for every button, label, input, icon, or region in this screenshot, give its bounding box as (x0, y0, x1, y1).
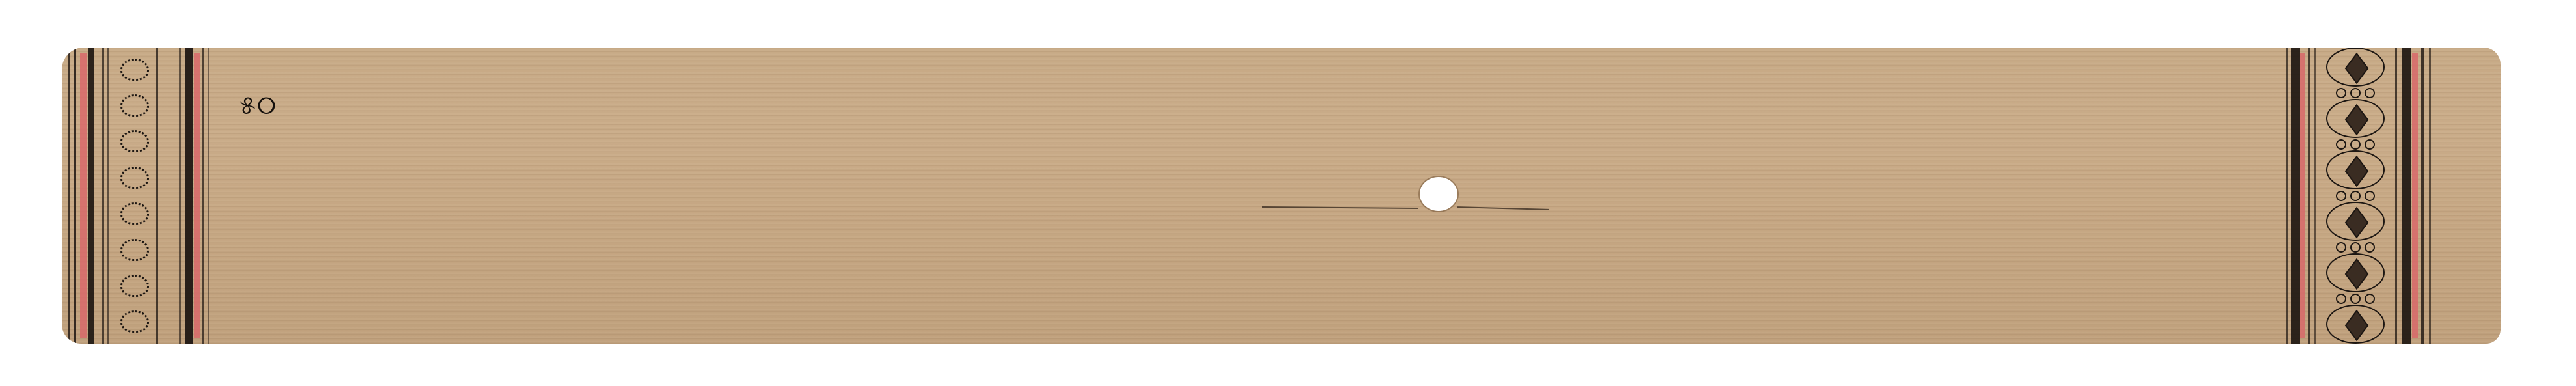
right-oval-medallions (2320, 48, 2391, 344)
manuscript-text-area: ୫୦ ବେଉଛିତ୍ରଦେଗ । ଦ୍ୟୁପିତଡୋଦ୍ୱେଷତ୍ସୁରତଦୀଷ… (221, 48, 2286, 344)
scroll-curl-icon (2336, 138, 2375, 150)
diamond-medallion-icon (2326, 150, 2385, 189)
leaf-crack (1457, 206, 1549, 210)
right-red-stripe-outer (2412, 53, 2418, 338)
diamond-medallion-icon (2326, 48, 2385, 87)
flower-medallion-icon (120, 59, 149, 81)
flower-medallion-icon (120, 239, 149, 261)
left-red-stripe-inner (194, 53, 200, 338)
right-border (2286, 48, 2501, 344)
diamond-medallion-icon (2326, 305, 2385, 344)
diamond-medallion-icon (2326, 202, 2385, 241)
flower-medallion-icon (120, 310, 149, 333)
left-border (62, 48, 218, 344)
flower-medallion-icon (120, 94, 149, 117)
flower-medallion-icon (120, 130, 149, 152)
flower-medallion-icon (120, 167, 149, 189)
diamond-medallion-icon (2326, 253, 2385, 292)
scroll-curl-icon (2336, 189, 2375, 202)
binding-hole (1420, 177, 1457, 211)
scroll-curl-icon (2336, 292, 2375, 305)
flower-medallion-icon (120, 202, 149, 225)
left-red-stripe-outer (80, 53, 87, 338)
left-flower-medallions (115, 48, 154, 344)
diamond-medallion-icon (2326, 99, 2385, 138)
scroll-curl-icon (2336, 87, 2375, 99)
scroll-curl-icon (2336, 241, 2375, 253)
flower-medallion-icon (120, 275, 149, 297)
right-red-stripe-inner (2300, 53, 2305, 338)
palm-leaf-manuscript: ୫୦ ବେଉଛିତ୍ରଦେଗ । ଦ୍ୟୁପିତଡୋଦ୍ୱେଷତ୍ସୁରତଦୀଷ… (62, 48, 2501, 344)
folio-number: ୫୦ (239, 90, 277, 120)
leaf-crack (1262, 206, 1418, 209)
